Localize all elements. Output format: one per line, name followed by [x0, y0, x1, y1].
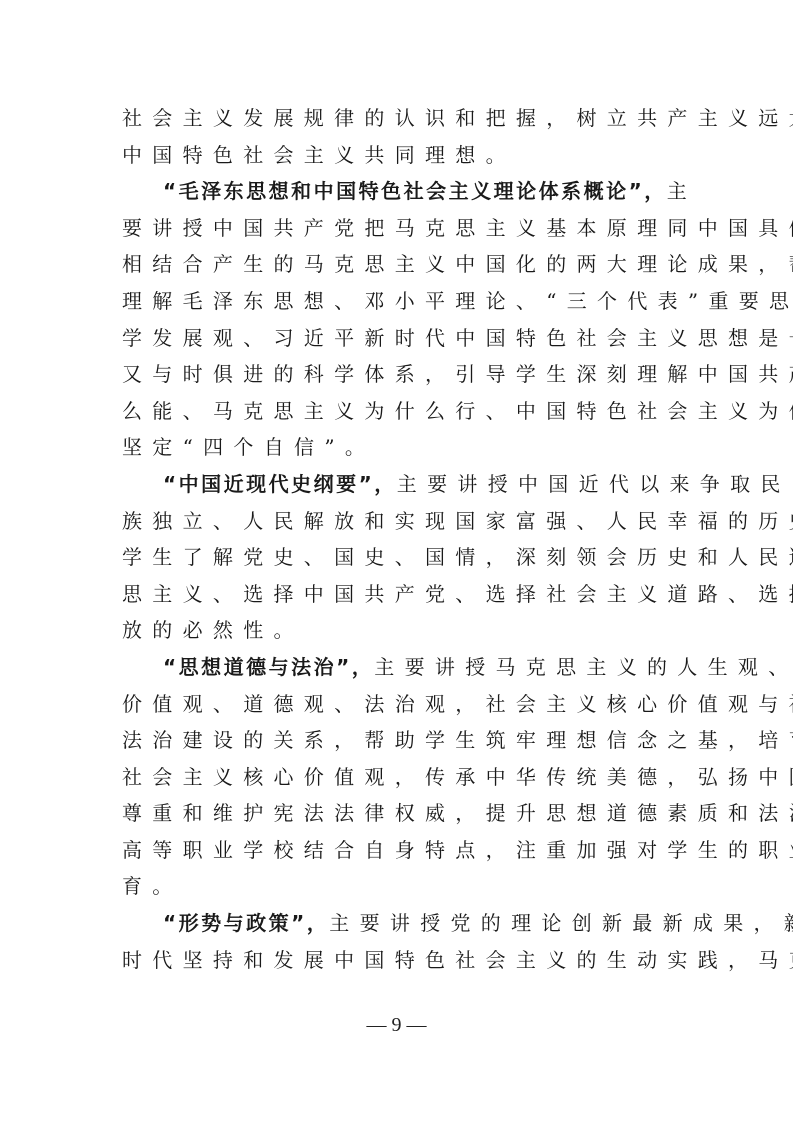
text-line: 尊重和维护宪法法律权威，提升思想道德素质和法治素养。 — [122, 795, 674, 832]
text-line: 族独立、人民解放和实现国家富强、人民幸福的历史，帮助 — [122, 503, 674, 540]
document-page: 社会主义发展规律的认识和把握，树立共产主义远大理想和 中国特色社会主义共同理想。… — [0, 0, 793, 1122]
text-line: 要讲授中国共产党把马克思主义基本原理同中国具体实际 — [122, 210, 674, 247]
paragraph-start-line: “形势与政策”，主要讲授党的理论创新最新成果，新 — [122, 905, 674, 942]
text-line: 理解毛泽东思想、邓小平理论、“三个代表”重要思想、科 — [122, 283, 674, 320]
text-run: 主要讲授马克思主义的人生观、 — [374, 655, 793, 679]
text-line: 学生了解党史、国史、国情，深刻领会历史和人民选择马克 — [122, 539, 674, 576]
text-line: 社会主义核心价值观，传承中华传统美德，弘扬中国精神， — [122, 759, 674, 796]
text-line: 法治建设的关系，帮助学生筑牢理想信念之基，培育和践行 — [122, 722, 674, 759]
text-run: 主要讲授中国近代以来争取民 — [397, 472, 791, 496]
text-line: 学发展观、习近平新时代中国特色社会主义思想是一脉相承 — [122, 320, 674, 357]
page-number: — 9 — — [0, 1014, 793, 1037]
text-line: 中国特色社会主义共同理想。 — [122, 137, 674, 174]
text-line: 么能、马克思主义为什么行、中国特色社会主义为什么好， — [122, 393, 674, 430]
text-line: 坚定“四个自信”。 — [122, 429, 674, 466]
course-title: “思想道德与法治”， — [163, 655, 374, 679]
course-title: “毛泽东思想和中国特色社会主义理论体系概论”， — [163, 179, 667, 203]
paragraph-start-line: “中国近现代史纲要”，主要讲授中国近代以来争取民 — [122, 466, 674, 503]
text-line: 育。 — [122, 868, 674, 905]
text-line: 高等职业学校结合自身特点，注重加强对学生的职业道德教 — [122, 832, 674, 869]
text-line: 思主义、选择中国共产党、选择社会主义道路、选择改革开 — [122, 576, 674, 613]
text-run: 主要讲授党的理论创新最新成果，新 — [329, 911, 793, 935]
course-title: “中国近现代史纲要”， — [163, 472, 397, 496]
text-run: 主 — [667, 179, 697, 203]
body-text: 社会主义发展规律的认识和把握，树立共产主义远大理想和 中国特色社会主义共同理想。… — [122, 100, 674, 978]
course-title: “形势与政策”， — [163, 911, 329, 935]
paragraph-start-line: “思想道德与法治”，主要讲授马克思主义的人生观、 — [122, 649, 674, 686]
text-line: 时代坚持和发展中国特色社会主义的生动实践，马克思主义 — [122, 942, 674, 979]
text-line: 相结合产生的马克思主义中国化的两大理论成果，帮助学生 — [122, 246, 674, 283]
text-line: 社会主义发展规律的认识和把握，树立共产主义远大理想和 — [122, 100, 674, 137]
text-line: 价值观、道德观、法治观，社会主义核心价值观与社会主义 — [122, 686, 674, 723]
text-line: 放的必然性。 — [122, 612, 674, 649]
text-line: 又与时俱进的科学体系，引导学生深刻理解中国共产党为什 — [122, 356, 674, 393]
paragraph-start-line: “毛泽东思想和中国特色社会主义理论体系概论”，主 — [122, 173, 674, 210]
